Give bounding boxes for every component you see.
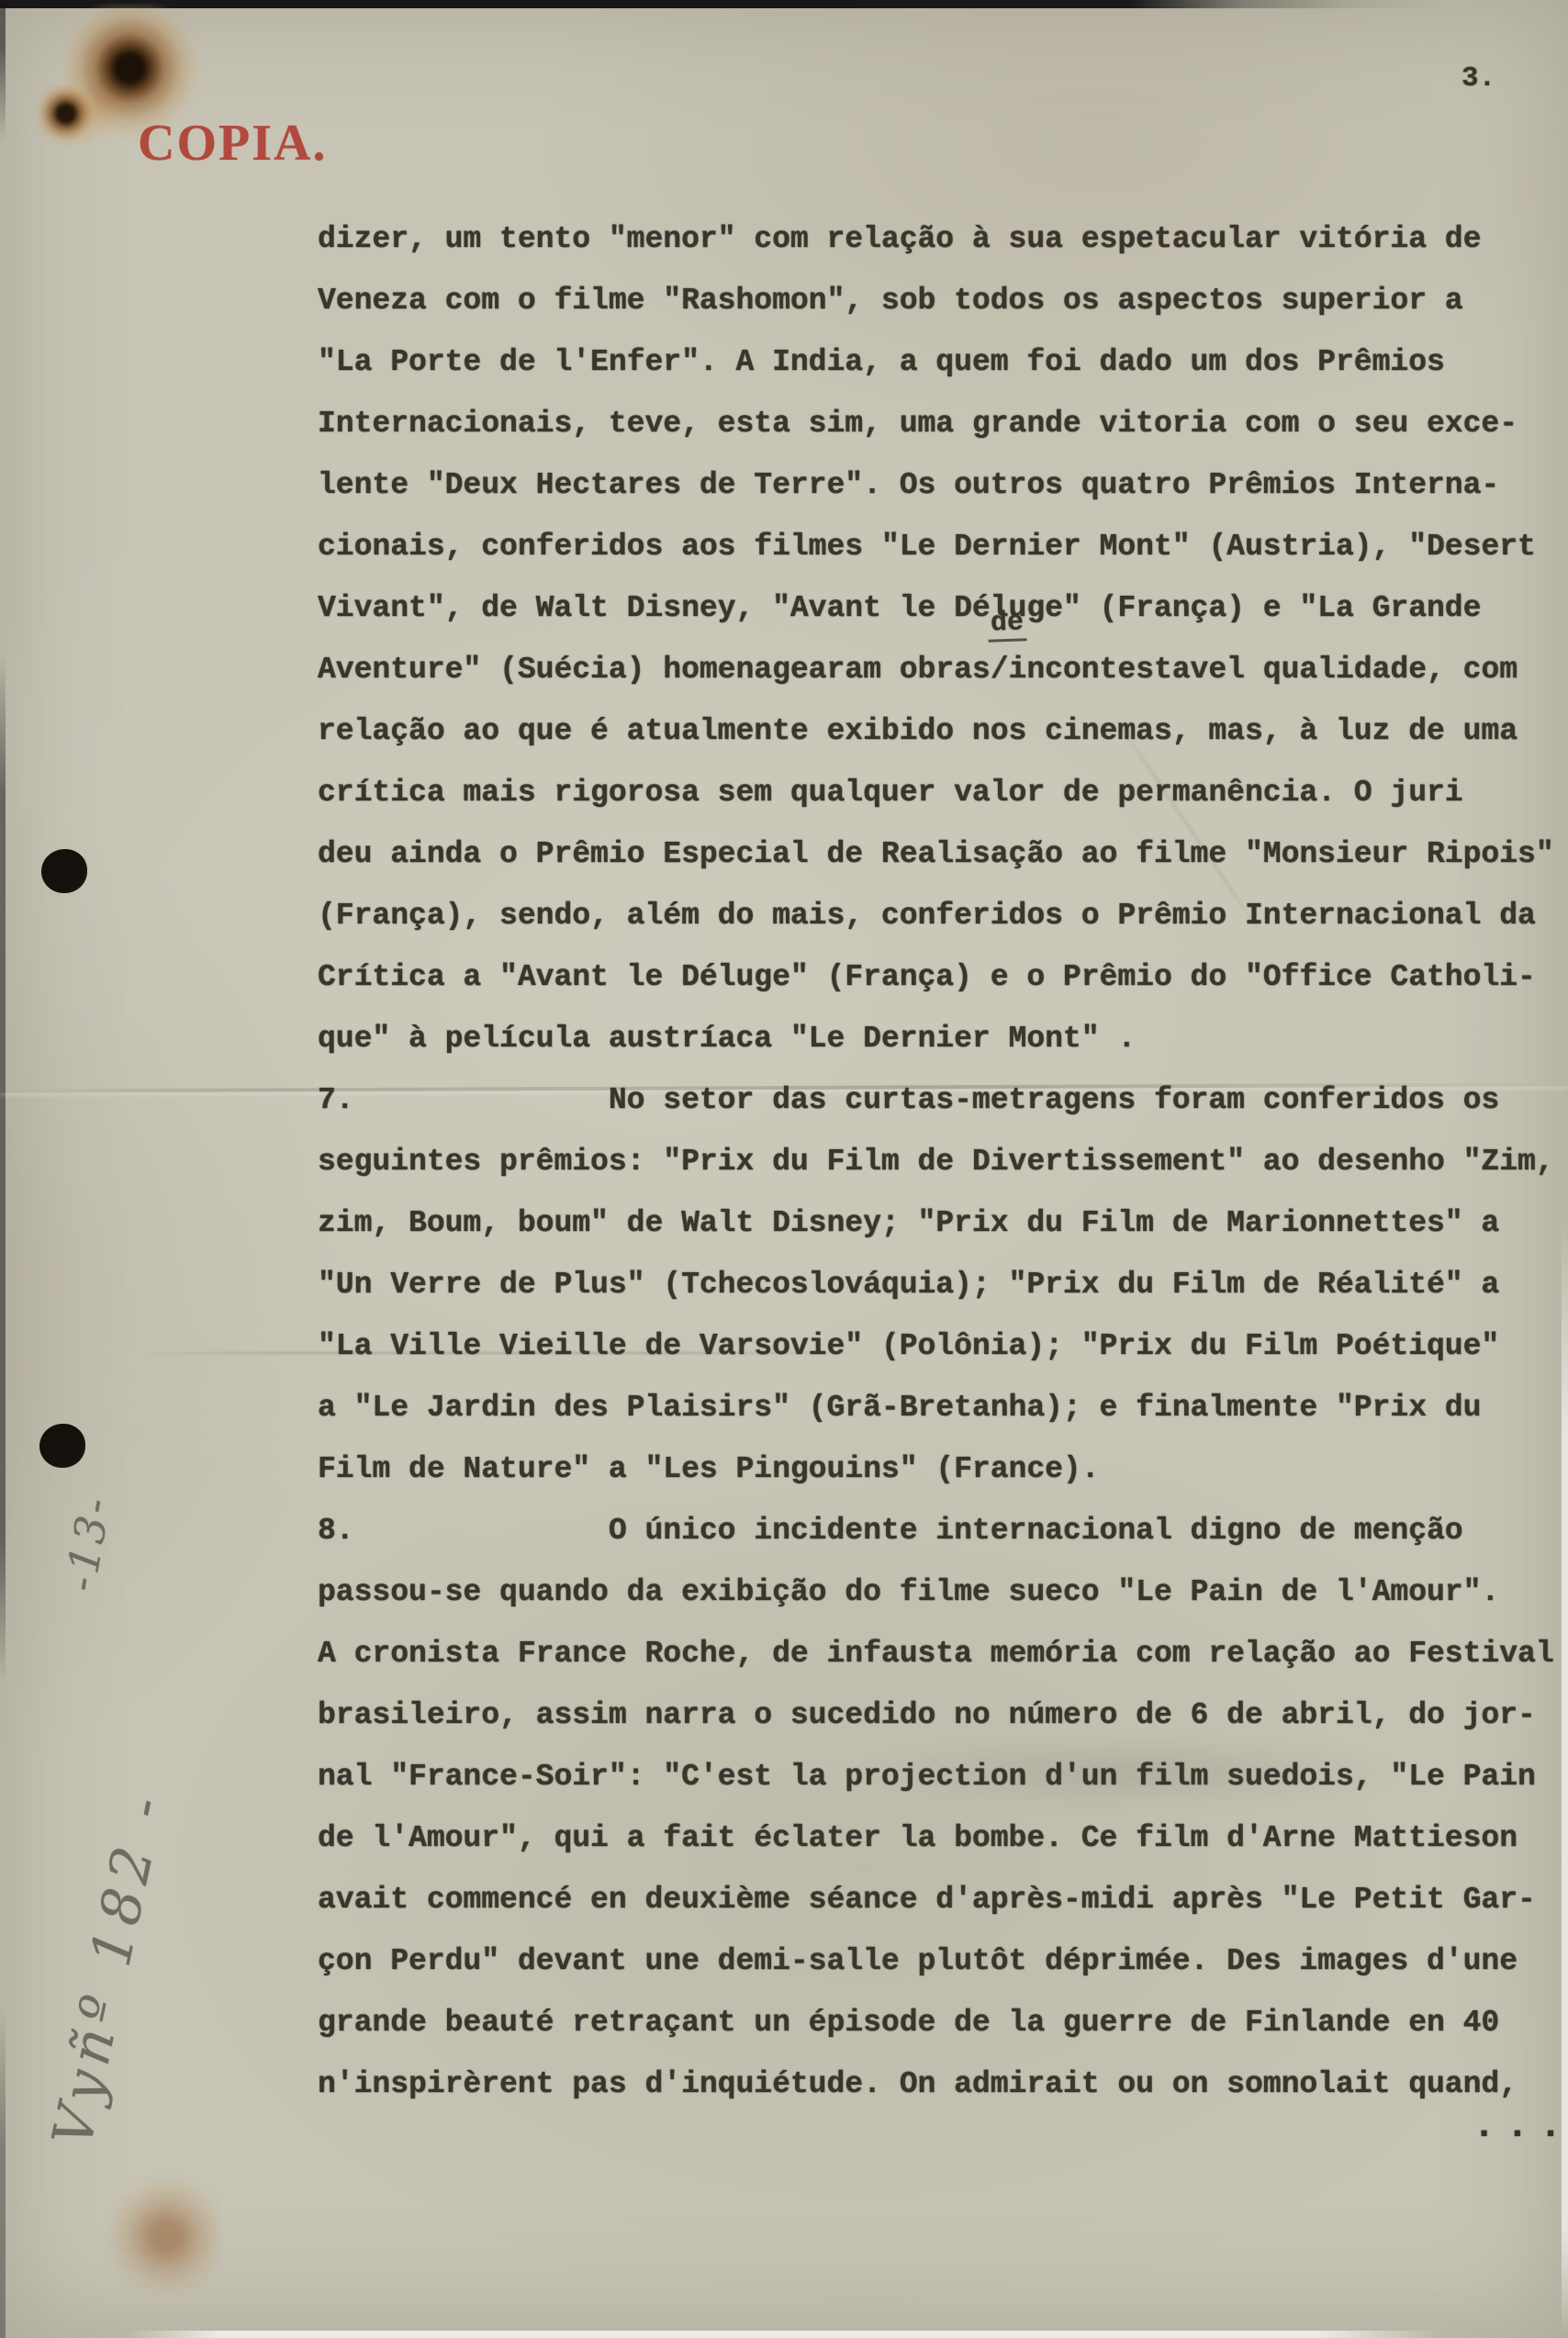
copia-stamp: COPIA.	[138, 114, 327, 173]
margin-note-reference: Vyñº 182 -	[40, 1784, 179, 2153]
scanned-document-page: COPIA. 3. dizer, um tento "menor" com re…	[0, 0, 1568, 2338]
hole-punch-bottom	[39, 1424, 85, 1468]
hole-punch-top	[41, 849, 87, 893]
margin-note-page: -13-	[55, 1491, 121, 1594]
burn-mark-small	[37, 84, 97, 145]
scan-edge-top	[0, 0, 1568, 8]
scan-edge-bottom	[0, 2331, 1568, 2338]
typewritten-body: dizer, um tento "menor" com relação à su…	[318, 208, 1554, 2115]
continuation-dots: ...	[1473, 2104, 1568, 2148]
inserted-word-correction: de	[987, 607, 1026, 642]
stain-bottom-left	[95, 2168, 218, 2292]
scan-edge-left	[0, 0, 6, 2338]
scan-edge-right	[1562, 1215, 1568, 2338]
page-number: 3.	[1462, 62, 1495, 95]
